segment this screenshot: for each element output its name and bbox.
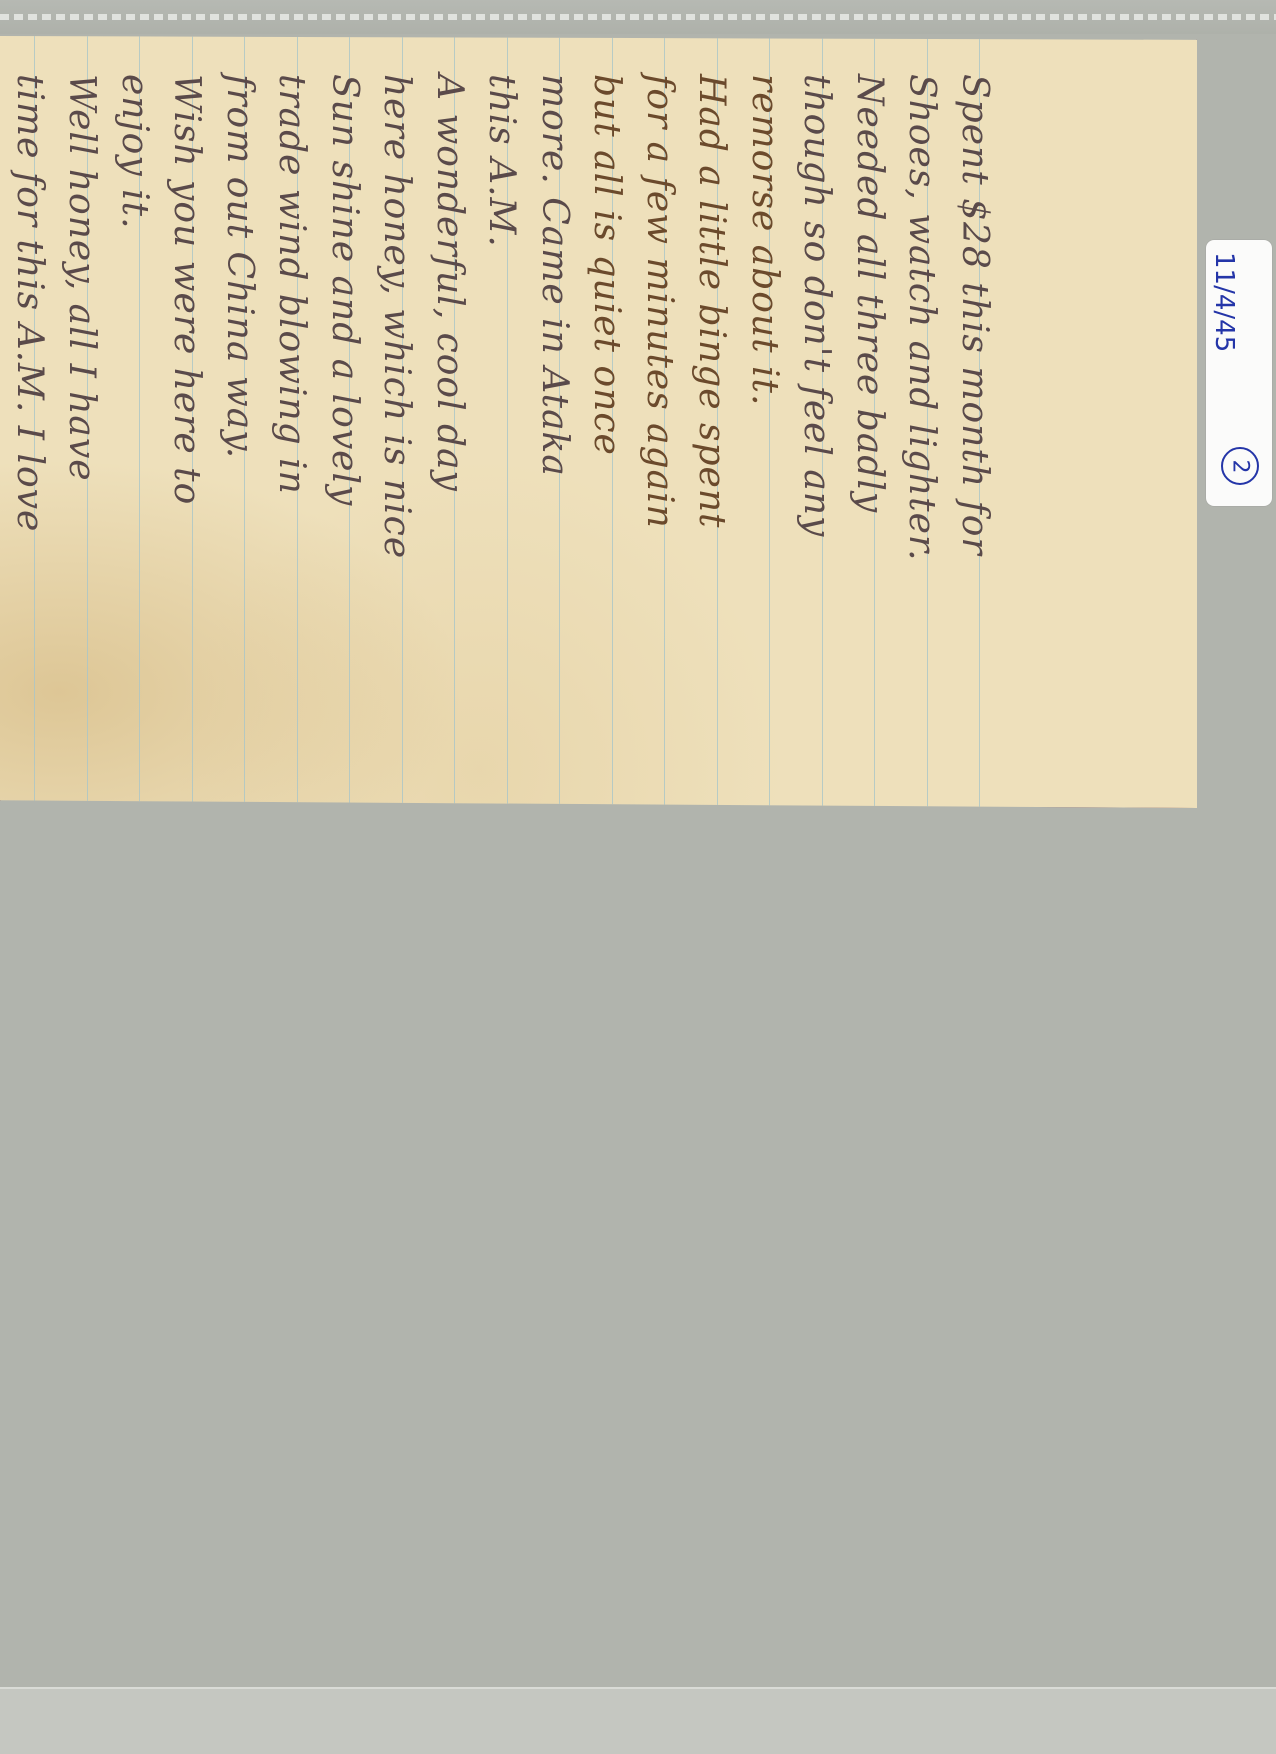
label-page-number-circle: 2 bbox=[1221, 447, 1259, 485]
letter-line: from out China way. bbox=[213, 74, 266, 814]
letter-line: Had a little binge spent bbox=[685, 74, 738, 814]
letter-line: this A.M. bbox=[475, 74, 528, 814]
letter-line: Well honey, all I have bbox=[55, 74, 108, 814]
letter-line: Shoes, watch and lighter. bbox=[895, 74, 948, 814]
letter-line: but all is quiet once bbox=[580, 74, 633, 814]
letter-line: Spent $28 this month for bbox=[948, 74, 1001, 814]
letter-line: for a few minutes again bbox=[633, 74, 686, 814]
letter-line: though so don't feel any bbox=[790, 74, 843, 814]
letter-line: Wish you were here to bbox=[160, 74, 213, 814]
letter-line: time for this A.M. I love bbox=[3, 74, 56, 814]
letter-line: Sun shine and a lovely bbox=[318, 74, 371, 814]
letter-text-rotated: Spent $28 this month for Shoes, watch an… bbox=[10, 44, 1000, 816]
archive-label: 11/4/45 2 bbox=[1206, 240, 1272, 506]
letter-line: more. Came in Ataka bbox=[528, 74, 581, 814]
label-page-number: 2 bbox=[1228, 459, 1253, 473]
letter-line: remorse about it. bbox=[738, 74, 791, 814]
sleeve-perforation bbox=[0, 14, 1276, 20]
letter-line: A wonderful, cool day bbox=[423, 74, 476, 814]
label-date: 11/4/45 bbox=[1209, 252, 1239, 352]
archival-sleeve-top bbox=[0, 0, 1276, 34]
sleeve-bottom-edge bbox=[0, 1687, 1276, 1754]
handwritten-text: Spent $28 this month for Shoes, watch an… bbox=[3, 74, 1001, 814]
letter-line: here honey, which is nice bbox=[370, 74, 423, 814]
letter-line: Needed all three badly bbox=[843, 74, 896, 814]
letter-line: trade wind blowing in bbox=[265, 74, 318, 814]
letter-line: enjoy it. bbox=[108, 74, 161, 814]
